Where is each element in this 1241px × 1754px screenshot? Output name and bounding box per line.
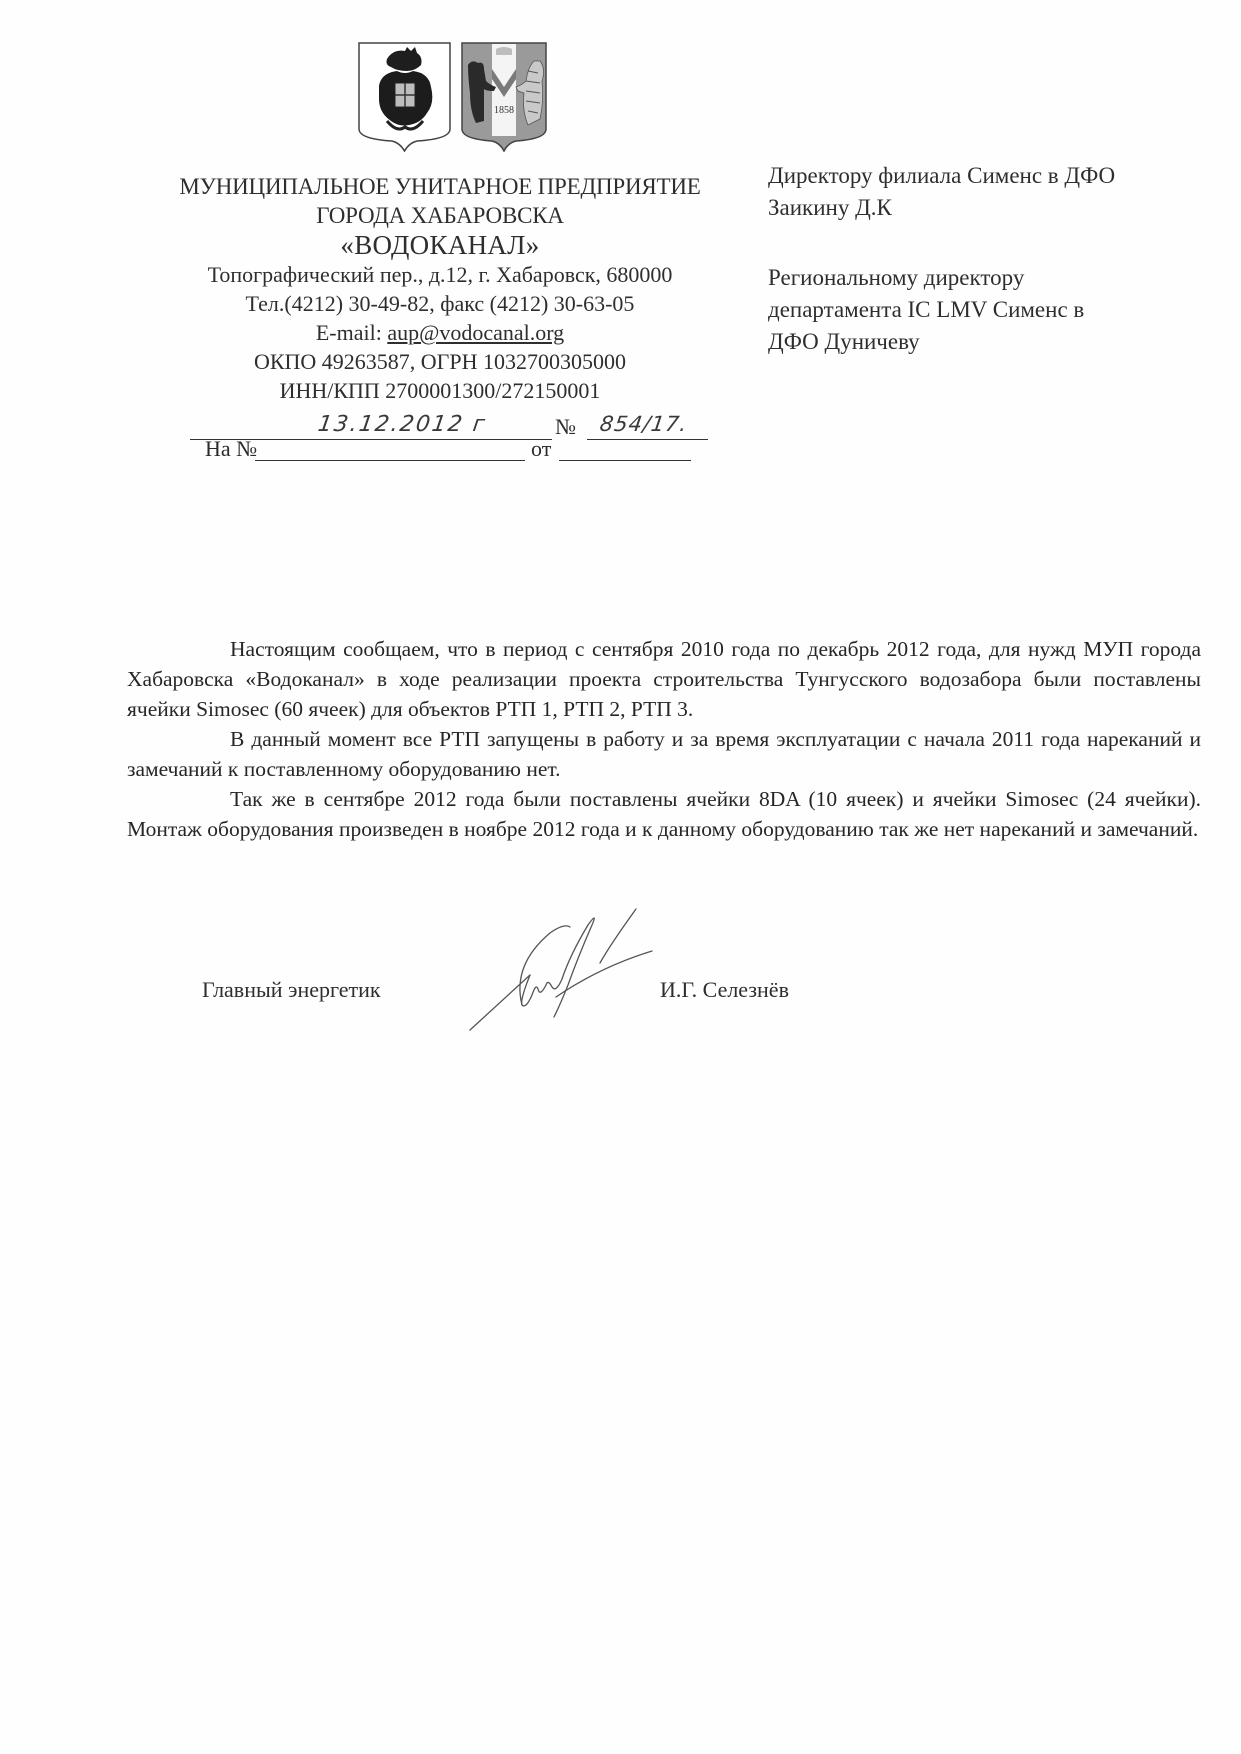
reference-row: На № от bbox=[205, 434, 705, 462]
letter-body: Настоящим сообщаем, что в период с сентя… bbox=[127, 634, 1201, 844]
registration-number: 854/17. bbox=[598, 412, 689, 436]
org-address: Топографический пер., д.12, г. Хабаровск… bbox=[150, 260, 730, 289]
addressee-block: Директору филиала Сименс в ДФО Заикину Д… bbox=[768, 160, 1208, 358]
body-paragraph: В данный момент все РТП запущены в работ… bbox=[127, 724, 1201, 784]
email-label: E-mail: bbox=[316, 320, 387, 345]
letterhead: МУНИЦИПАЛЬНОЕ УНИТАРНОЕ ПРЕДПРИЯТИЕ ГОРО… bbox=[150, 172, 730, 405]
signatory-title: Главный энергетик bbox=[202, 977, 381, 1003]
body-paragraph: Настоящим сообщаем, что в период с сентя… bbox=[127, 634, 1201, 724]
org-type: МУНИЦИПАЛЬНОЕ УНИТАРНОЕ ПРЕДПРИЯТИЕ bbox=[150, 172, 730, 201]
letter-page: 1858 МУНИЦИПАЛЬНОЕ УНИТАРНОЕ ПРЕДПРИЯТИЕ… bbox=[0, 0, 1241, 1754]
org-name: «ВОДОКАНАЛ» bbox=[150, 230, 730, 260]
recipient2-name: ДФО Дуничеву bbox=[768, 326, 1208, 358]
org-city: ГОРОДА ХАБАРОВСКА bbox=[150, 201, 730, 230]
body-paragraph: Так же в сентябре 2012 года были поставл… bbox=[127, 784, 1201, 844]
krai-coat-of-arms-icon bbox=[357, 41, 452, 152]
recipient2-title: Региональному директору bbox=[768, 262, 1208, 294]
org-email-row: E-mail: aup@vodocanal.org bbox=[150, 318, 730, 347]
recipient1-name: Заикину Д.К bbox=[768, 192, 1208, 224]
org-inn-kpp: ИНН/КПП 2700001300/272150001 bbox=[150, 376, 730, 405]
recipient2-department: департамента IC LMV Сименс в bbox=[768, 294, 1208, 326]
reference-from-field bbox=[559, 434, 691, 461]
org-okpo-ogrn: ОКПО 49263587, ОГРН 1032700305000 bbox=[150, 347, 730, 376]
handwritten-signature-icon bbox=[460, 905, 685, 1035]
signatory-name: И.Г. Селезнёв bbox=[660, 977, 789, 1003]
svg-text:1858: 1858 bbox=[494, 105, 514, 116]
reference-number-field bbox=[255, 434, 525, 461]
reference-number-label: На № bbox=[205, 436, 257, 462]
org-phone: Тел.(4212) 30-49-82, факс (4212) 30-63-0… bbox=[150, 289, 730, 318]
city-coat-of-arms-icon: 1858 bbox=[460, 41, 548, 152]
email-link[interactable]: aup@vodocanal.org bbox=[387, 320, 564, 345]
recipient1-title: Директору филиала Сименс в ДФО bbox=[768, 160, 1208, 192]
reference-from-label: от bbox=[531, 436, 551, 462]
